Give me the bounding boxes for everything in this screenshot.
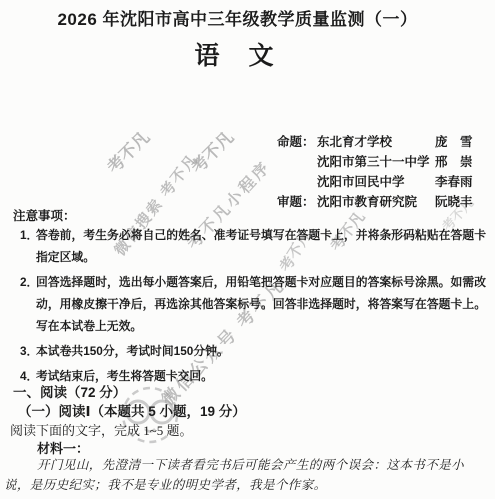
notice-list: 1． 答卷前，考生务必将自己的姓名、准考证号填写在答题卡上，并将条形码粘贴在答题… xyxy=(20,224,486,390)
section-part1-heading: 一、阅读（72 分） xyxy=(13,381,126,401)
paper-subject: 语 文 xyxy=(0,36,470,72)
notice-item-text: 答卷前，考生务必将自己的姓名、准考证号填写在答题卡上，并将条形码粘贴在答题卡指定… xyxy=(36,224,486,268)
credits-school: 沈阳市教育研究院 xyxy=(317,195,417,209)
credits-name: 邢 崇 xyxy=(435,152,473,172)
paper-title: 2026 年沈阳市高中三年级教学质量监测（一） xyxy=(0,5,475,30)
exam-paper-page: 考不凡 考不凡 微信搜索 考不凡 考不凡小程序 考不凡 考不凡 考不凡 微信公众… xyxy=(0,0,495,499)
credits-label: 命题： xyxy=(277,132,317,152)
credits-name: 阮晓丰 xyxy=(435,192,473,212)
credits-row: 审题：沈阳市教育研究院 阮晓丰 xyxy=(277,192,430,212)
credits-school: 沈阳市回民中学 xyxy=(317,175,405,189)
section-part1-subheading: （一）阅读Ⅰ（本题共 5 小题，19 分） xyxy=(18,400,246,420)
notice-item-number: 1． xyxy=(20,224,36,268)
notice-item-number: 3． xyxy=(20,340,36,362)
notice-item: 1． 答卷前，考生务必将自己的姓名、准考证号填写在答题卡上，并将条形码粘贴在答题… xyxy=(20,224,486,268)
credits-row: 命题：东北育才学校 庞 雪 xyxy=(277,132,430,152)
material-one-paragraph: 开门见山，先澄清一下读者看完书后可能会产生的两个误会：这本书不是小说，是历史纪实… xyxy=(4,455,464,495)
watermark-text: 考不凡 xyxy=(184,124,238,178)
credits-school: 东北育才学校 xyxy=(317,135,392,149)
credits-school: 沈阳市第三十一中学 xyxy=(317,155,430,169)
credits-label: 审题： xyxy=(277,192,317,212)
credits-row: 沈阳市回民中学 李春雨 xyxy=(277,172,430,192)
notice-item-number: 2． xyxy=(20,271,36,337)
reading-instruction: 阅读下面的文字，完成 1~5 题。 xyxy=(10,420,193,439)
credits-name: 李春雨 xyxy=(435,172,473,192)
notice-item-text: 本试卷共150分，考试时间150分钟。 xyxy=(36,340,486,362)
credits-name: 庞 雪 xyxy=(435,132,473,152)
notice-item: 3． 本试卷共150分，考试时间150分钟。 xyxy=(20,340,486,362)
notice-heading: 注意事项： xyxy=(13,206,76,224)
notice-item: 2． 回答选择题时，选出每小题答案后，用铅笔把答题卡对应题目的答案标号涂黑。如需… xyxy=(20,271,486,337)
credits-row: 沈阳市第三十一中学 邢 崇 xyxy=(277,152,430,172)
credits-block: 命题：东北育才学校 庞 雪 沈阳市第三十一中学 邢 崇 沈阳市回民中学 李春雨 … xyxy=(277,132,430,212)
notice-item-text: 回答选择题时，选出每小题答案后，用铅笔把答题卡对应题目的答案标号涂黑。如需改动，… xyxy=(36,271,486,337)
watermark-text: 考不凡 xyxy=(100,124,154,178)
